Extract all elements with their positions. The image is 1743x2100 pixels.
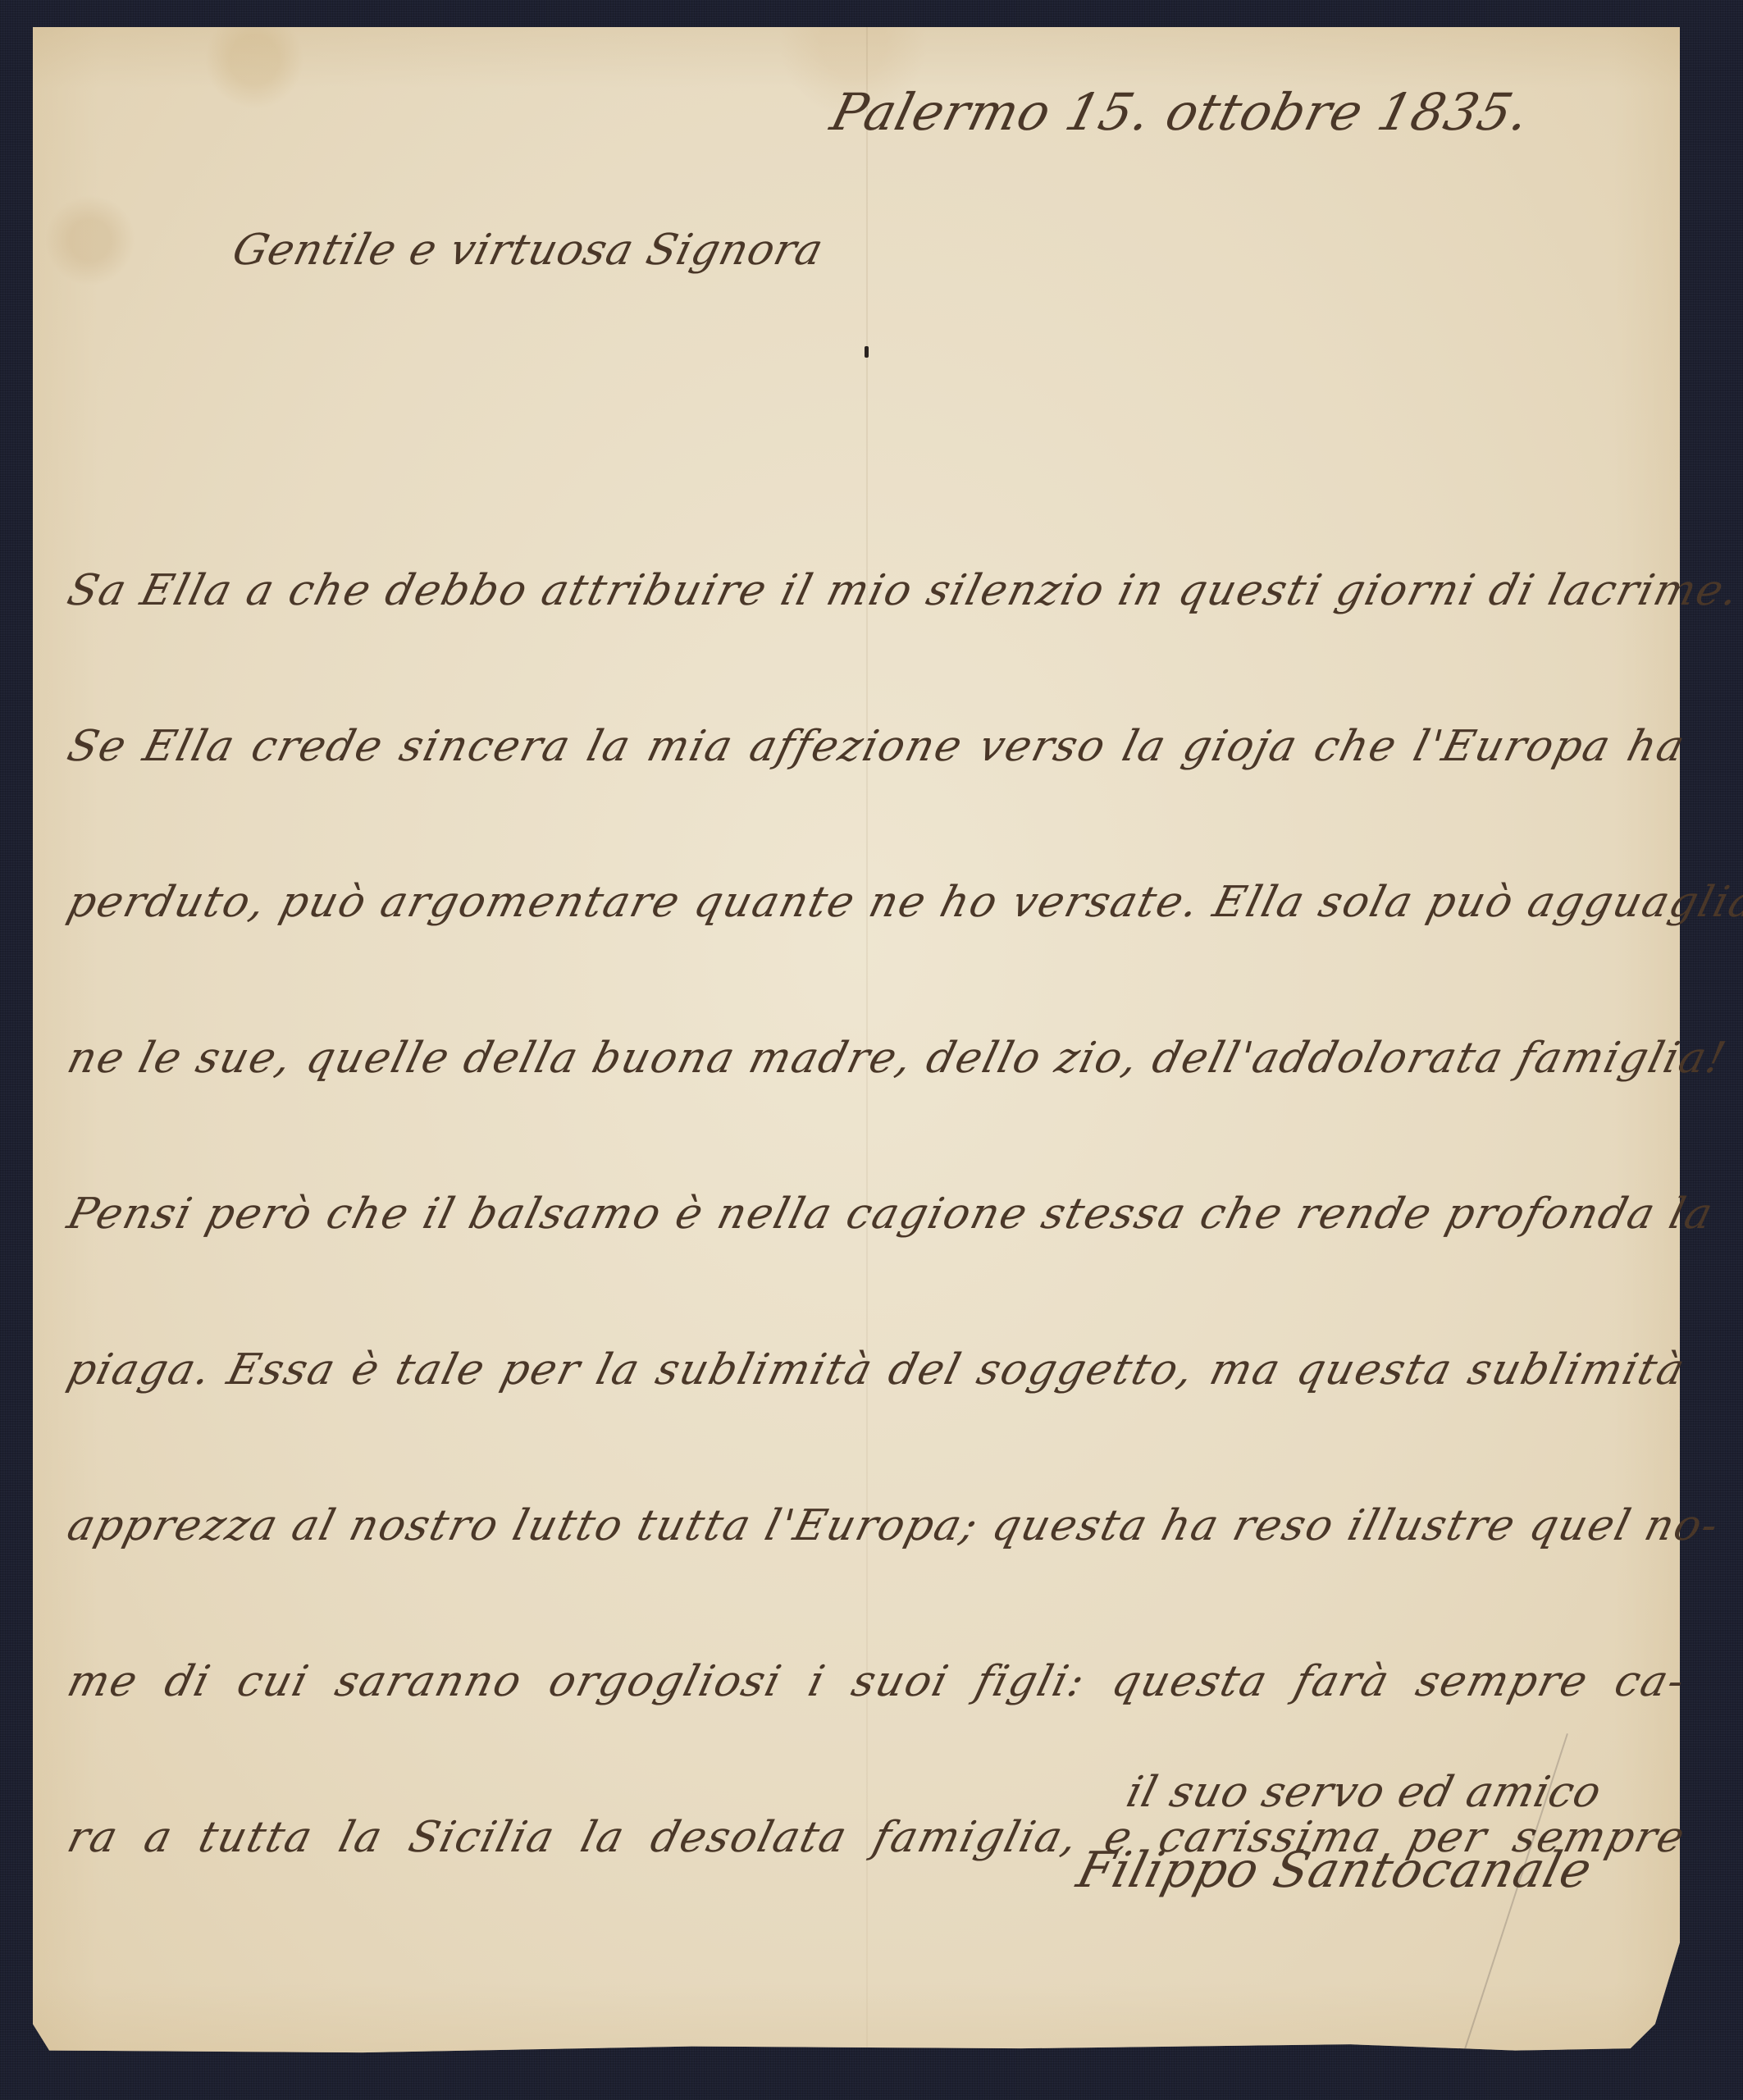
letter-body-line: Sa Ella a che debbo attribuire il mio si… [42, 541, 1696, 697]
letter-body-line: piaga. Essa è tale per la sublimità del … [42, 1321, 1696, 1477]
letter-body-line: apprezza al nostro lutto tutta l'Europa;… [42, 1477, 1696, 1632]
letter-date-line: Palermo 15. ottobre 1835. [825, 82, 1536, 142]
letter-body-line: Se Ella crede sincera la mia affezione v… [42, 697, 1696, 853]
letter-body-line: me di cui saranno orgogliosi i suoi figl… [42, 1632, 1696, 1788]
letter-body-line: Pensi però che il balsamo è nella cagion… [42, 1165, 1696, 1321]
letter-body-line: perduto, può argomentare quante ne ho ve… [42, 853, 1696, 1009]
letter-body: Sa Ella a che debbo attribuire il mio si… [62, 541, 1677, 1944]
ink-mark [865, 346, 869, 358]
letter-salutation: Gentile e virtuosa Signora [228, 226, 829, 275]
letter-signature: Filippo Santocanale [1071, 1842, 1598, 1899]
dark-fabric-mount: Palermo 15. ottobre 1835. Gentile e virt… [0, 0, 1743, 2100]
letter-closing: il suo servo ed amico [1122, 1768, 1607, 1817]
letter-body-line: ne le sue, quelle della buona madre, del… [42, 1009, 1696, 1165]
